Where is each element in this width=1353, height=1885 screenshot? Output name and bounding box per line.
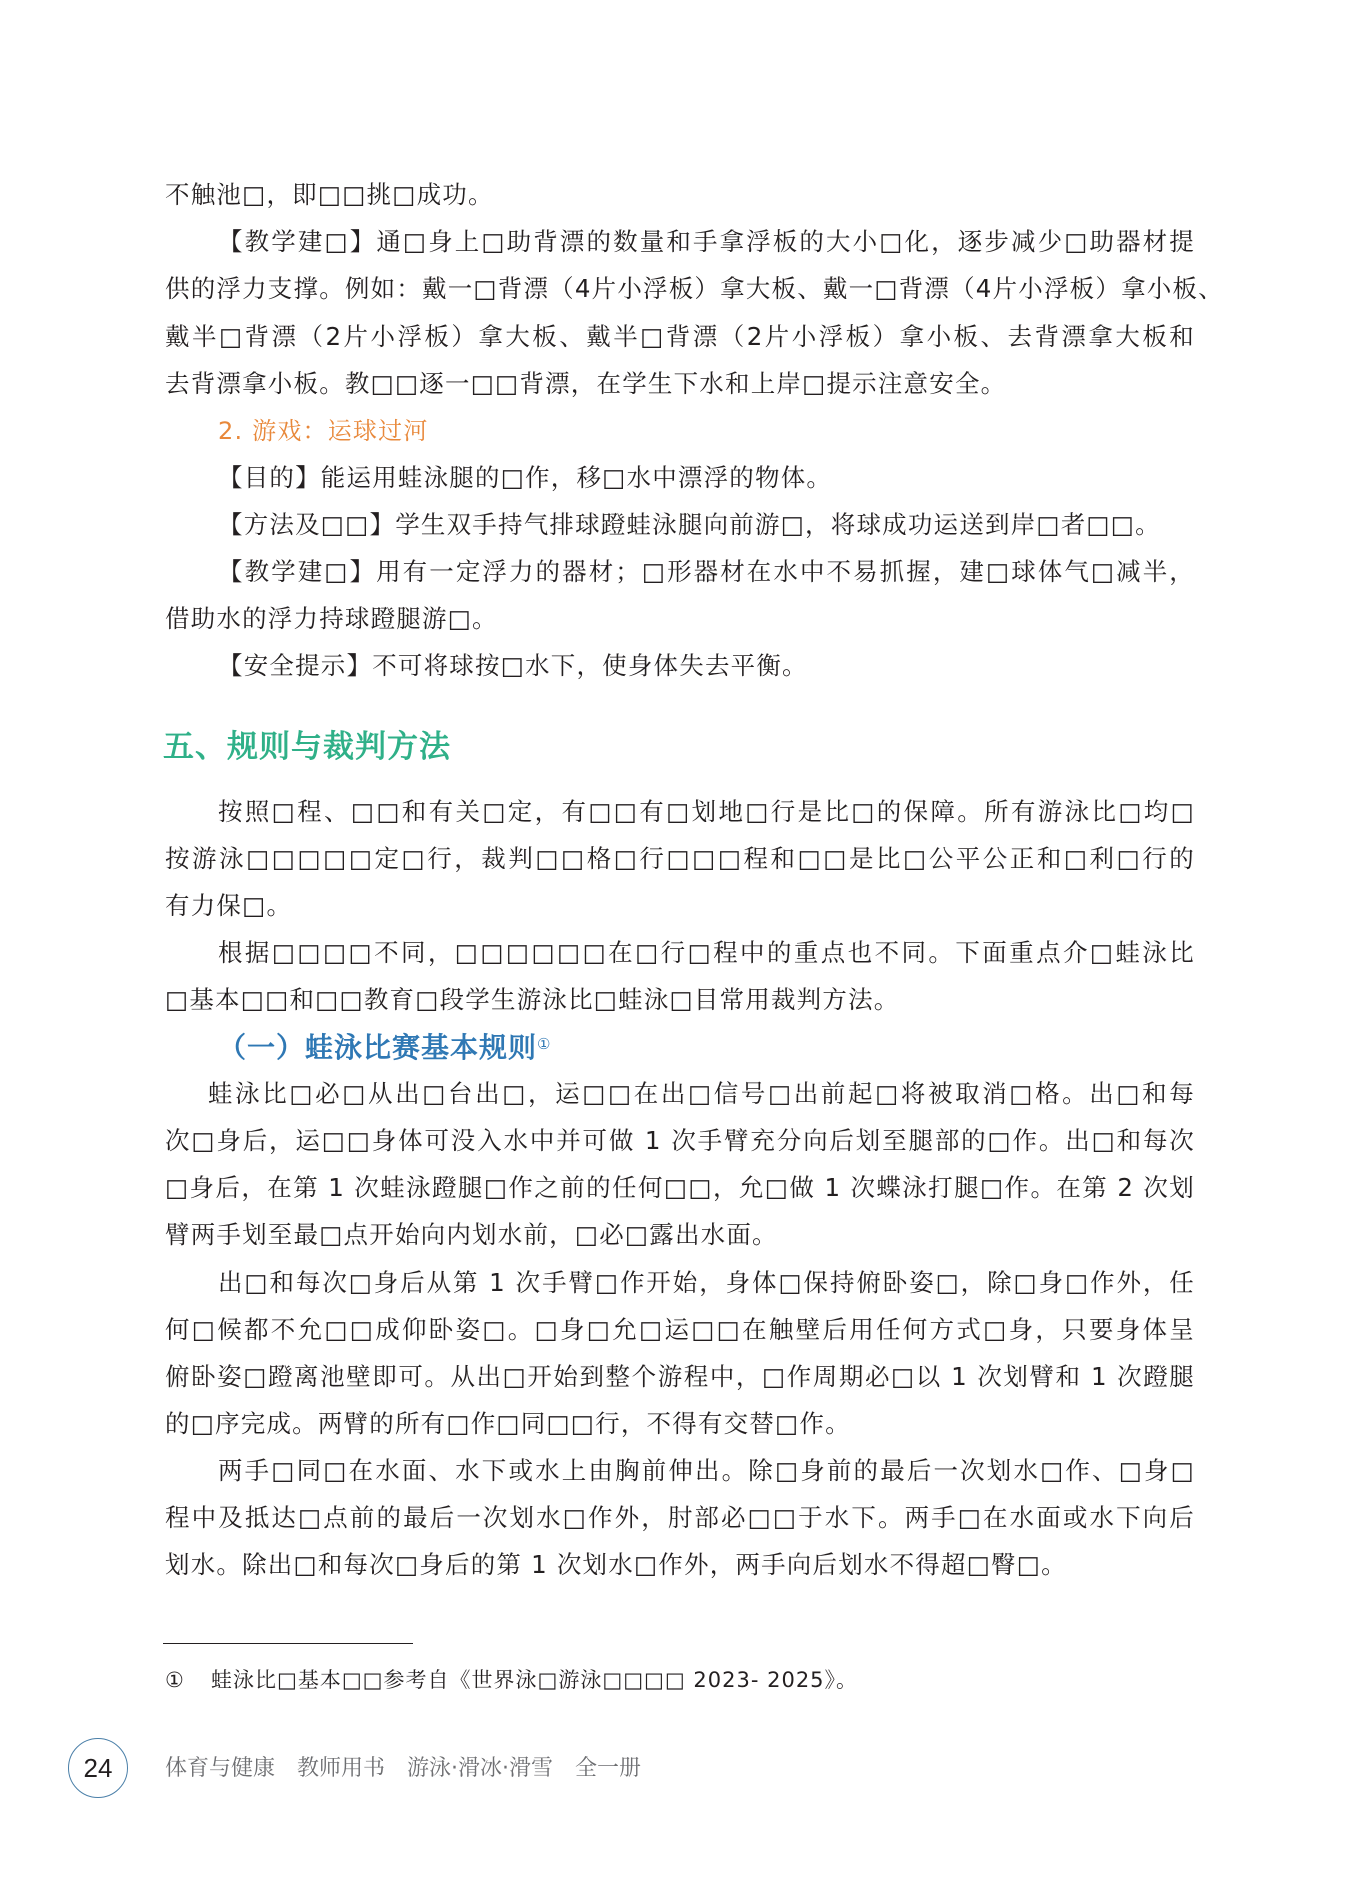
rule-line: 的□序完成。两臂的所有□作□同□□行，不得有交替□作。	[165, 1409, 1195, 1439]
teaching-tip-line: 供的浮力支撑。例如：戴一□背漂（4片小浮板）拿大板、戴一□背漂（4片小浮板）拿小…	[165, 274, 1195, 304]
intro-line: 按照□程、□□和有关□定，有□□有□划地□行是比□的保障。所有游泳比□均□	[218, 797, 1195, 827]
intro-line: 按游泳□□□□□定□行，裁判□□格□行□□□程和□□是比□公平公正和□利□行的	[165, 844, 1195, 874]
game-safety: 【安全提示】不可将球按□水下，使身体失去平衡。	[218, 651, 1195, 681]
document-page: 不触池□，即□□挑□成功。 【教学建□】通□身上□助背漂的数量和手拿浮板的大小□…	[0, 0, 1353, 1885]
teaching-tip-line: 【教学建□】通□身上□助背漂的数量和手拿浮板的大小□化，逐步减少□助器材提	[218, 227, 1195, 257]
page-number: 24	[84, 1753, 113, 1784]
footnote-divider	[163, 1643, 413, 1644]
page-number-badge: 24	[68, 1738, 128, 1798]
section-heading: 五、规则与裁判方法	[163, 727, 1193, 767]
game-method: 【方法及□□】学生双手持气排球蹬蛙泳腿向前游□，将球成功运送到岸□者□□。	[218, 510, 1195, 540]
rule-line: 划水。除出□和每次□身后的第 1 次划水□作外，两手向后划水不得超□臀□。	[165, 1550, 1195, 1580]
footer-topic: 游泳·滑冰·滑雪	[407, 1756, 553, 1781]
footnote: ①蛙泳比□基本□□参考自《世界泳□游泳□□□□ 2023- 2025》。	[165, 1666, 858, 1694]
footer-volume: 全一册	[575, 1756, 641, 1781]
teaching-tip-line: 去背漂拿小板。教□□逐一□□背漂，在学生下水和上岸□提示注意安全。	[165, 369, 1195, 399]
rule-line: 俯卧姿□蹬离池壁即可。从出□开始到整个游程中，□作周期必□以 1 次划臂和 1 …	[165, 1362, 1195, 1392]
game-tip-line: 【教学建□】用有一定浮力的器材；□形器材在水中不易抓握，建□球体气□减半，	[218, 557, 1195, 587]
continuation-line: 不触池□，即□□挑□成功。	[165, 180, 1195, 210]
page-footer: 体育与健康教师用书游泳·滑冰·滑雪全一册	[165, 1754, 663, 1784]
rule-line: □身后，在第 1 次蛙泳蹬腿□作之前的任何□□，允□做 1 次蝶泳打腿□作。在第…	[165, 1173, 1195, 1203]
subsection-heading: （一）蛙泳比赛基本规则①	[218, 1030, 1248, 1066]
footer-book-type: 教师用书	[297, 1756, 385, 1781]
footer-book-title: 体育与健康	[165, 1756, 275, 1781]
game-purpose: 【目的】能运用蛙泳腿的□作，移□水中漂浮的物体。	[218, 463, 1195, 493]
footnote-ref[interactable]: ①	[537, 1035, 551, 1053]
rule-line: 两手□同□在水面、水下或水上由胸前伸出。除□身前的最后一次划水□作、□身□	[218, 1456, 1195, 1486]
game-tip-line: 借助水的浮力持球蹬腿游□。	[165, 604, 1195, 634]
footnote-mark: ①	[165, 1666, 211, 1694]
rule-line: 程中及抵达□点前的最后一次划水□作外，肘部必□□于水下。两手□在水面或水下向后	[165, 1503, 1195, 1533]
intro-line: 根据□□□□不同，□□□□□□在□行□程中的重点也不同。下面重点介□蛙泳比	[218, 938, 1195, 968]
rule-line: 何□候都不允□□成仰卧姿□。□身□允□运□□在触壁后用任何方式□身，只要身体呈	[165, 1315, 1195, 1345]
rule-line: 出□和每次□身后从第 1 次手臂□作开始，身体□保持俯卧姿□，除□身□作外，任	[218, 1268, 1195, 1298]
rule-line: 次□身后，运□□身体可没入水中并可做 1 次手臂充分向后划至腿部的□作。出□和每…	[165, 1126, 1195, 1156]
rule-line: 臂两手划至最□点开始向内划水前，□必□露出水面。	[165, 1220, 1195, 1250]
rule-line: 蛙泳比□必□从出□台出□，运□□在出□信号□出前起□将被取消□格。出□和每	[208, 1079, 1195, 1109]
subsection-heading-text: （一）蛙泳比赛基本规则	[218, 1031, 537, 1064]
teaching-tip-line: 戴半□背漂（2片小浮板）拿大板、戴半□背漂（2片小浮板）拿小板、去背漂拿大板和	[165, 322, 1195, 352]
game-heading: 2. 游戏：运球过河	[218, 416, 1248, 446]
footnote-text: 蛙泳比□基本□□参考自《世界泳□游泳□□□□ 2023- 2025》。	[211, 1668, 858, 1692]
intro-line: 有力保□。	[165, 891, 1195, 921]
intro-line: □基本□□和□□教育□段学生游泳比□蛙泳□目常用裁判方法。	[165, 985, 1195, 1015]
